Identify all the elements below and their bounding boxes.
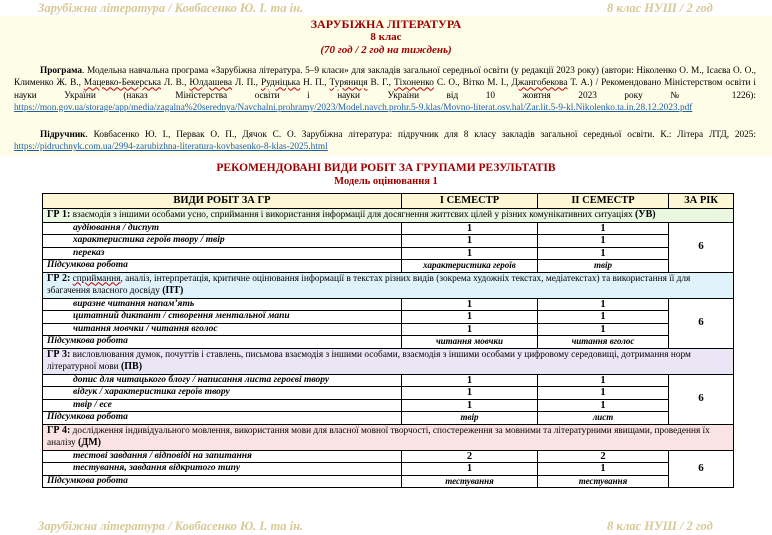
running-footer-title: Зарубіжна література / Ковбасенко Ю. І. … — [38, 519, 303, 534]
semester-1-count: 1 — [402, 311, 538, 324]
activity-name: читання мовчки / читання вголос — [43, 323, 402, 336]
summary-label: Підсумкова робота — [43, 475, 402, 488]
group-code: ГР 4: — [47, 425, 70, 436]
intro-block: ЗАРУБІЖНА ЛІТЕРАТУРА 8 клас (70 год / 2 … — [0, 16, 772, 156]
activity-name: тестові завдання / відповіді на запитанн… — [43, 450, 402, 463]
running-footer-grade: 8 клас НУШ / 2 год — [607, 519, 713, 534]
group-code: ГР 3: — [47, 349, 70, 360]
summary-row: Підсумкова роботатестуваннятестування — [43, 475, 734, 488]
summary-label: Підсумкова робота — [43, 336, 402, 349]
table-row: тестові завдання / відповіді на запитанн… — [43, 450, 734, 463]
year-total: 6 — [669, 298, 734, 348]
group-abbr: (ПВ) — [121, 361, 142, 372]
summary-semester-2: твір — [538, 260, 669, 273]
table-header-row: ВИДИ РОБІТ ЗА ГР І СЕМЕСТР ІІ СЕМЕСТР ЗА… — [43, 194, 734, 209]
program-paragraph: Програма. Модельна навчальна програма «З… — [14, 65, 756, 114]
group-abbr: (УВ) — [635, 209, 656, 220]
semester-2-count: 1 — [538, 247, 669, 260]
table-row: твір / есе11 — [43, 399, 734, 412]
table-row: цитатний диктант / створення ментальної … — [43, 311, 734, 324]
year-total: 6 — [669, 222, 734, 272]
table-row: відгук / характеристика героїв твору11 — [43, 387, 734, 400]
semester-1-count: 1 — [402, 235, 538, 248]
year-total: 6 — [669, 374, 734, 424]
group-code: ГР 1: — [47, 209, 70, 220]
semester-2-count: 1 — [538, 374, 669, 387]
table-row: читання мовчки / читання вголос11 — [43, 323, 734, 336]
summary-semester-1: характеристика героїв — [402, 260, 538, 273]
semester-1-count: 1 — [402, 222, 538, 235]
semester-1-count: 1 — [402, 387, 538, 400]
table-row: характеристика героїв твору / твір11 — [43, 235, 734, 248]
semester-2-count: 2 — [538, 450, 669, 463]
summary-semester-1: читання мовчки — [402, 336, 538, 349]
group-header-row: ГР 4: дослідження індивідуального мовлен… — [43, 424, 734, 450]
group-abbr: (ДМ) — [78, 437, 101, 448]
summary-row: Підсумкова роботачитання мовчкичитання в… — [43, 336, 734, 349]
activity-name: відгук / характеристика героїв твору — [43, 387, 402, 400]
activity-name: виразне читання напам’ять — [43, 298, 402, 311]
group-description: ГР 3: висловлювання думок, почуттів і ст… — [43, 348, 734, 374]
assessment-table: ВИДИ РОБІТ ЗА ГР І СЕМЕСТР ІІ СЕМЕСТР ЗА… — [42, 193, 734, 488]
textbook-link[interactable]: https://pidruchnyk.com.ua/2994-zarubizhn… — [14, 142, 328, 152]
semester-1-count: 1 — [402, 463, 538, 476]
textbook-paragraph: Підручник. Ковбасенко Ю. І., Первак О. П… — [14, 129, 756, 154]
semester-1-count: 1 — [402, 374, 538, 387]
table-row: аудіювання / диспут116 — [43, 222, 734, 235]
summary-label: Підсумкова робота — [43, 412, 402, 425]
semester-1-count: 1 — [402, 399, 538, 412]
group-abbr: (ПТ) — [162, 285, 183, 296]
hours-title: (70 год / 2 год на тиждень) — [0, 44, 772, 57]
group-header-row: ГР 1: взаємодія з іншими особами усно, с… — [43, 209, 734, 223]
semester-2-count: 1 — [538, 387, 669, 400]
running-header-grade: 8 клас НУШ / 2 год — [607, 1, 713, 16]
table-row: виразне читання напам’ять116 — [43, 298, 734, 311]
semester-2-count: 1 — [538, 235, 669, 248]
summary-row: Підсумкова роботахарактеристика героївтв… — [43, 260, 734, 273]
textbook-label: Підручник — [40, 130, 86, 140]
running-header-title: Зарубіжна література / Ковбасенко Ю. І. … — [38, 1, 303, 16]
semester-1-count: 1 — [402, 247, 538, 260]
group-description: ГР 1: взаємодія з іншими особами усно, с… — [43, 209, 734, 223]
activity-name: характеристика героїв твору / твір — [43, 235, 402, 248]
running-header: Зарубіжна література / Ковбасенко Ю. І. … — [0, 0, 772, 16]
header-semester-2: ІІ СЕМЕСТР — [538, 194, 669, 209]
semester-2-count: 1 — [538, 298, 669, 311]
activity-name: цитатний диктант / створення ментальної … — [43, 311, 402, 324]
summary-semester-2: тестування — [538, 475, 669, 488]
semester-2-count: 1 — [538, 323, 669, 336]
semester-1-count: 2 — [402, 450, 538, 463]
activity-name: переказ — [43, 247, 402, 260]
semester-2-count: 1 — [538, 463, 669, 476]
header-semester-1: І СЕМЕСТР — [402, 194, 538, 209]
activity-name: тестування, завдання відкритого типу — [43, 463, 402, 476]
group-description: ГР 4: дослідження індивідуального мовлен… — [43, 424, 734, 450]
group-description: ГР 2: сприймання, аналіз, інтерпретація,… — [43, 272, 734, 298]
year-total: 6 — [669, 450, 734, 488]
summary-semester-1: твір — [402, 412, 538, 425]
program-label: Програма — [40, 66, 82, 76]
section-title: РЕКОМЕНДОВАНІ ВИДИ РОБІТ ЗА ГРУПАМИ РЕЗУ… — [0, 162, 772, 174]
semester-1-count: 1 — [402, 323, 538, 336]
running-footer: Зарубіжна література / Ковбасенко Ю. І. … — [0, 518, 772, 534]
group-header-row: ГР 2: сприймання, аналіз, інтерпретація,… — [43, 272, 734, 298]
activity-name: аудіювання / диспут — [43, 222, 402, 235]
header-work-types: ВИДИ РОБІТ ЗА ГР — [43, 194, 402, 209]
section-subtitle: Модель оцінювання 1 — [0, 176, 772, 187]
semester-2-count: 1 — [538, 311, 669, 324]
summary-label: Підсумкова робота — [43, 260, 402, 273]
summary-semester-1: тестування — [402, 475, 538, 488]
grade-title: 8 клас — [0, 31, 772, 44]
group-header-row: ГР 3: висловлювання думок, почуттів і ст… — [43, 348, 734, 374]
semester-2-count: 1 — [538, 222, 669, 235]
semester-1-count: 1 — [402, 298, 538, 311]
table-row: допис для читацького блогу / написання л… — [43, 374, 734, 387]
document-title: ЗАРУБІЖНА ЛІТЕРАТУРА 8 клас (70 год / 2 … — [0, 16, 772, 57]
group-code: ГР 2: — [47, 273, 70, 284]
program-link[interactable]: https://mon.gov.ua/storage/app/media/zag… — [14, 103, 692, 113]
summary-semester-2: читання вголос — [538, 336, 669, 349]
summary-semester-2: лист — [538, 412, 669, 425]
table-row: тестування, завдання відкритого типу11 — [43, 463, 734, 476]
activity-name: твір / есе — [43, 399, 402, 412]
table-row: переказ11 — [43, 247, 734, 260]
semester-2-count: 1 — [538, 399, 669, 412]
summary-row: Підсумкова роботатвірлист — [43, 412, 734, 425]
header-year: ЗА РІК — [669, 194, 734, 209]
subject-title: ЗАРУБІЖНА ЛІТЕРАТУРА — [0, 16, 772, 31]
activity-name: допис для читацького блогу / написання л… — [43, 374, 402, 387]
